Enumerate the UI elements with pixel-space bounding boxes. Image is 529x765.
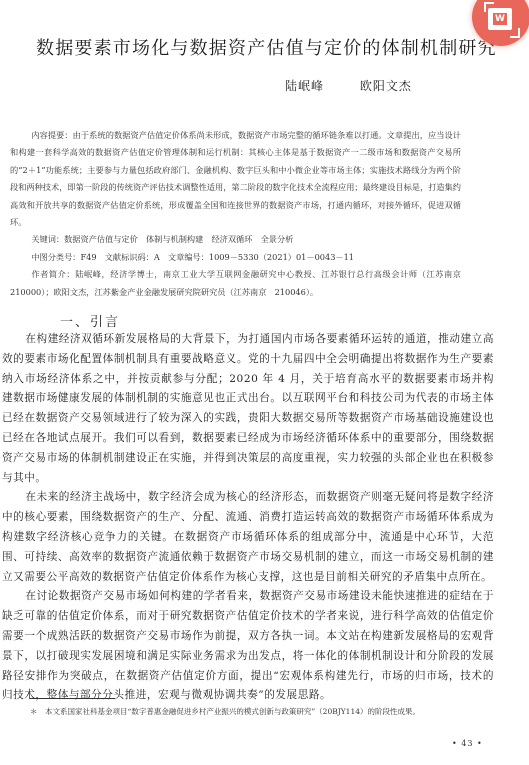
body-paragraph: 在构建经济双循环新发展格局的大背景下，为打通国内市场各要素循环运转的通道，推动建… (2, 330, 494, 488)
footnote-divider (30, 698, 115, 699)
page-number: • 43 • (452, 739, 483, 748)
arrow-icon (510, 28, 520, 38)
w-letter-icon: W (493, 13, 507, 25)
footnote: ＊ 本文系国家社科基金项目“数字普惠金融促进乡村产业振兴的模式创新与政策研究”（… (30, 705, 460, 719)
keywords: 关键词：数据资产估值与定价 体制与机制构建 经济双循环 全景分析 (10, 231, 461, 248)
author-bio: 作者简介：陆岷峰，经济学博士，南京工业大学互联网金融研究中心教授、江苏银行总行高… (10, 266, 461, 301)
section-body: 在构建经济双循环新发展格局的大背景下，为打通国内市场各要素循环运转的通道，推动建… (0, 330, 494, 706)
author-name: 欧阳文杰 (360, 79, 412, 93)
body-paragraph: 在讨论数据资产交易市场如何构建的学者看来，数据资产交易市场建设未能快速推进的症结… (2, 587, 494, 706)
author-list: 陆岷峰 欧阳文杰 (285, 77, 444, 94)
app-switch-icon: W (488, 8, 512, 30)
body-paragraph: 在未来的经济主战场中，数字经济会成为核心的经济形态，而数据资产则毫无疑问将是数字… (2, 488, 494, 587)
section-heading: 一、引言 (60, 311, 120, 330)
author-name: 陆岷峰 (285, 79, 324, 93)
classification-info: 中图分类号：F49 文献标识码：A 文章编号：1009－5330（2021）01… (10, 249, 461, 266)
article-title: 数据要素市场化与数据资产估值与定价的体制机制研究 (36, 34, 496, 60)
abstract-block: 内容提要：由于系统的数据资产估值定价体系尚未形成，数据资产市场完整的循环链条难以… (10, 127, 461, 301)
abstract-summary: 内容提要：由于系统的数据资产估值定价体系尚未形成，数据资产市场完整的循环链条难以… (10, 127, 461, 231)
